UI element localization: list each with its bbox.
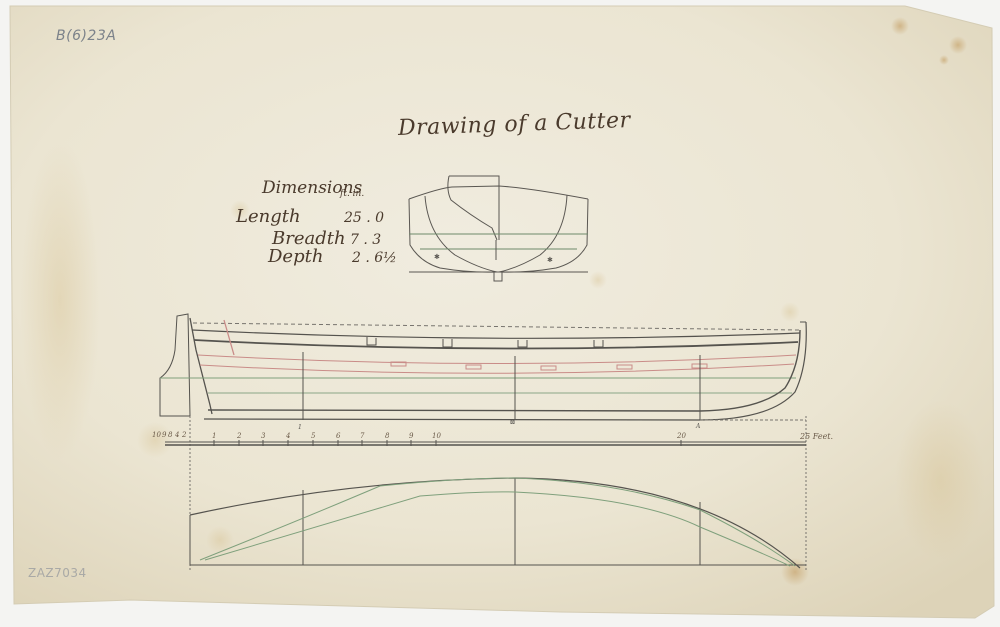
scale-tick-label: 7 xyxy=(360,432,364,440)
scale-mid-label: 20 xyxy=(677,432,686,440)
svg-text:A: A xyxy=(695,423,701,430)
dimension-value-length: 25 . 0 xyxy=(344,210,384,226)
scale-tick-label: 10 xyxy=(432,432,441,440)
reference-code-top: B(6)23A xyxy=(56,28,116,44)
dimension-label-depth: Depth xyxy=(268,246,323,267)
scale-tick-label: 3 xyxy=(261,432,265,440)
scale-tick-label: 8 xyxy=(385,432,389,440)
svg-text:✱: ✱ xyxy=(547,256,553,264)
dimension-value-depth: 2 . 6½ xyxy=(352,250,397,266)
scale-tick-label: 9 xyxy=(409,432,413,440)
scale-tick-label: 6 xyxy=(336,432,340,440)
dimension-value-breadth: 7 . 3 xyxy=(350,232,381,248)
scale-left-label: 4 xyxy=(175,431,179,439)
svg-text:✱: ✱ xyxy=(434,253,440,261)
scale-tick-label: 2 xyxy=(237,432,241,440)
ship-plan-drawing: ✱ ✱ xyxy=(0,0,1000,627)
svg-text:1: 1 xyxy=(298,424,302,431)
dimensions-unit-header: ft. in. xyxy=(340,189,364,199)
drawing-sheet: ✱ ✱ xyxy=(0,0,1000,627)
reference-code-bottom: ZAZ7034 xyxy=(28,566,87,580)
scale-tick-label: 1 xyxy=(212,432,216,440)
scale-left-label: 10 xyxy=(152,431,161,439)
scale-tick-label: 4 xyxy=(286,432,290,440)
paper xyxy=(10,6,994,618)
scale-tick-label: 5 xyxy=(311,432,315,440)
dimension-label-length: Length xyxy=(236,206,301,227)
scale-left-label: 9 xyxy=(162,431,166,439)
svg-text:⊠: ⊠ xyxy=(510,419,515,426)
scale-left-label: 2 xyxy=(182,431,186,439)
scale-end-label: 25 Feet. xyxy=(800,432,833,441)
scale-left-label: 8 xyxy=(168,431,172,439)
